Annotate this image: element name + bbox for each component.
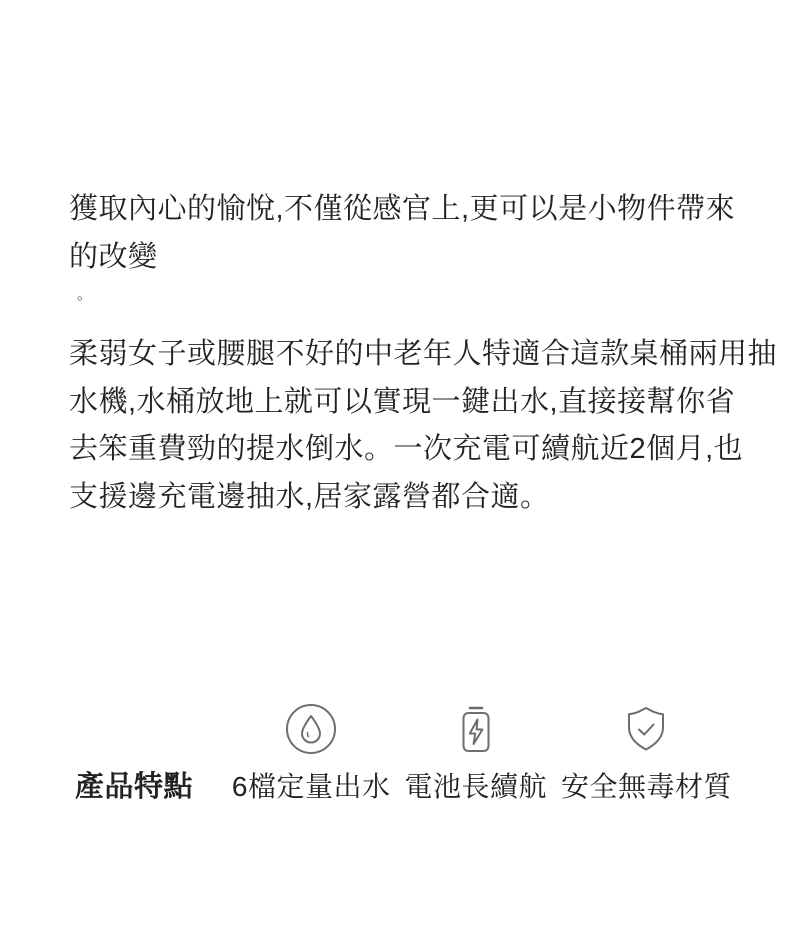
shield-check-icon	[620, 703, 672, 755]
product-features-section: 產品特點 6檔定量出水 電池長續航	[75, 703, 732, 802]
water-drop-icon	[285, 703, 337, 755]
orphan-period: 。	[69, 281, 724, 309]
paragraph-line: 柔弱女子或腰腿不好的中老年人特適合這款桌桶兩用抽	[69, 331, 724, 379]
feature-list: 6檔定量出水 電池長續航 安全無毒材質	[232, 703, 732, 802]
feature-label: 安全無毒材質	[561, 772, 732, 802]
battery-charging-icon	[450, 703, 502, 755]
description-paragraph-2: 柔弱女子或腰腿不好的中老年人特適合這款桌桶兩用抽 水機,水桶放地上就可以實現一鍵…	[69, 331, 724, 521]
features-section-title: 產品特點	[75, 772, 193, 802]
feature-water-output: 6檔定量出水	[232, 703, 391, 802]
feature-battery-life: 電池長續航	[404, 703, 547, 802]
paragraph-line: 去笨重費勁的提水倒水。一次充電可續航近2個月,也	[69, 426, 724, 474]
feature-safe-material: 安全無毒材質	[561, 703, 732, 802]
feature-label: 6檔定量出水	[232, 772, 391, 802]
paragraph-line: 水機,水桶放地上就可以實現一鍵出水,直接接幫你省	[69, 379, 724, 427]
feature-label: 電池長續航	[404, 772, 547, 802]
product-description: 獲取內心的愉悅,不僅從感官上,更可以是小物件帶來 的改變 。 柔弱女子或腰腿不好…	[69, 186, 724, 521]
description-paragraph-1: 獲取內心的愉悅,不僅從感官上,更可以是小物件帶來 的改變 。	[69, 186, 724, 309]
paragraph-line: 獲取內心的愉悅,不僅從感官上,更可以是小物件帶來	[69, 186, 724, 234]
paragraph-line: 的改變	[69, 234, 724, 282]
paragraph-line: 支援邊充電邊抽水,居家露營都合適。	[69, 474, 724, 522]
